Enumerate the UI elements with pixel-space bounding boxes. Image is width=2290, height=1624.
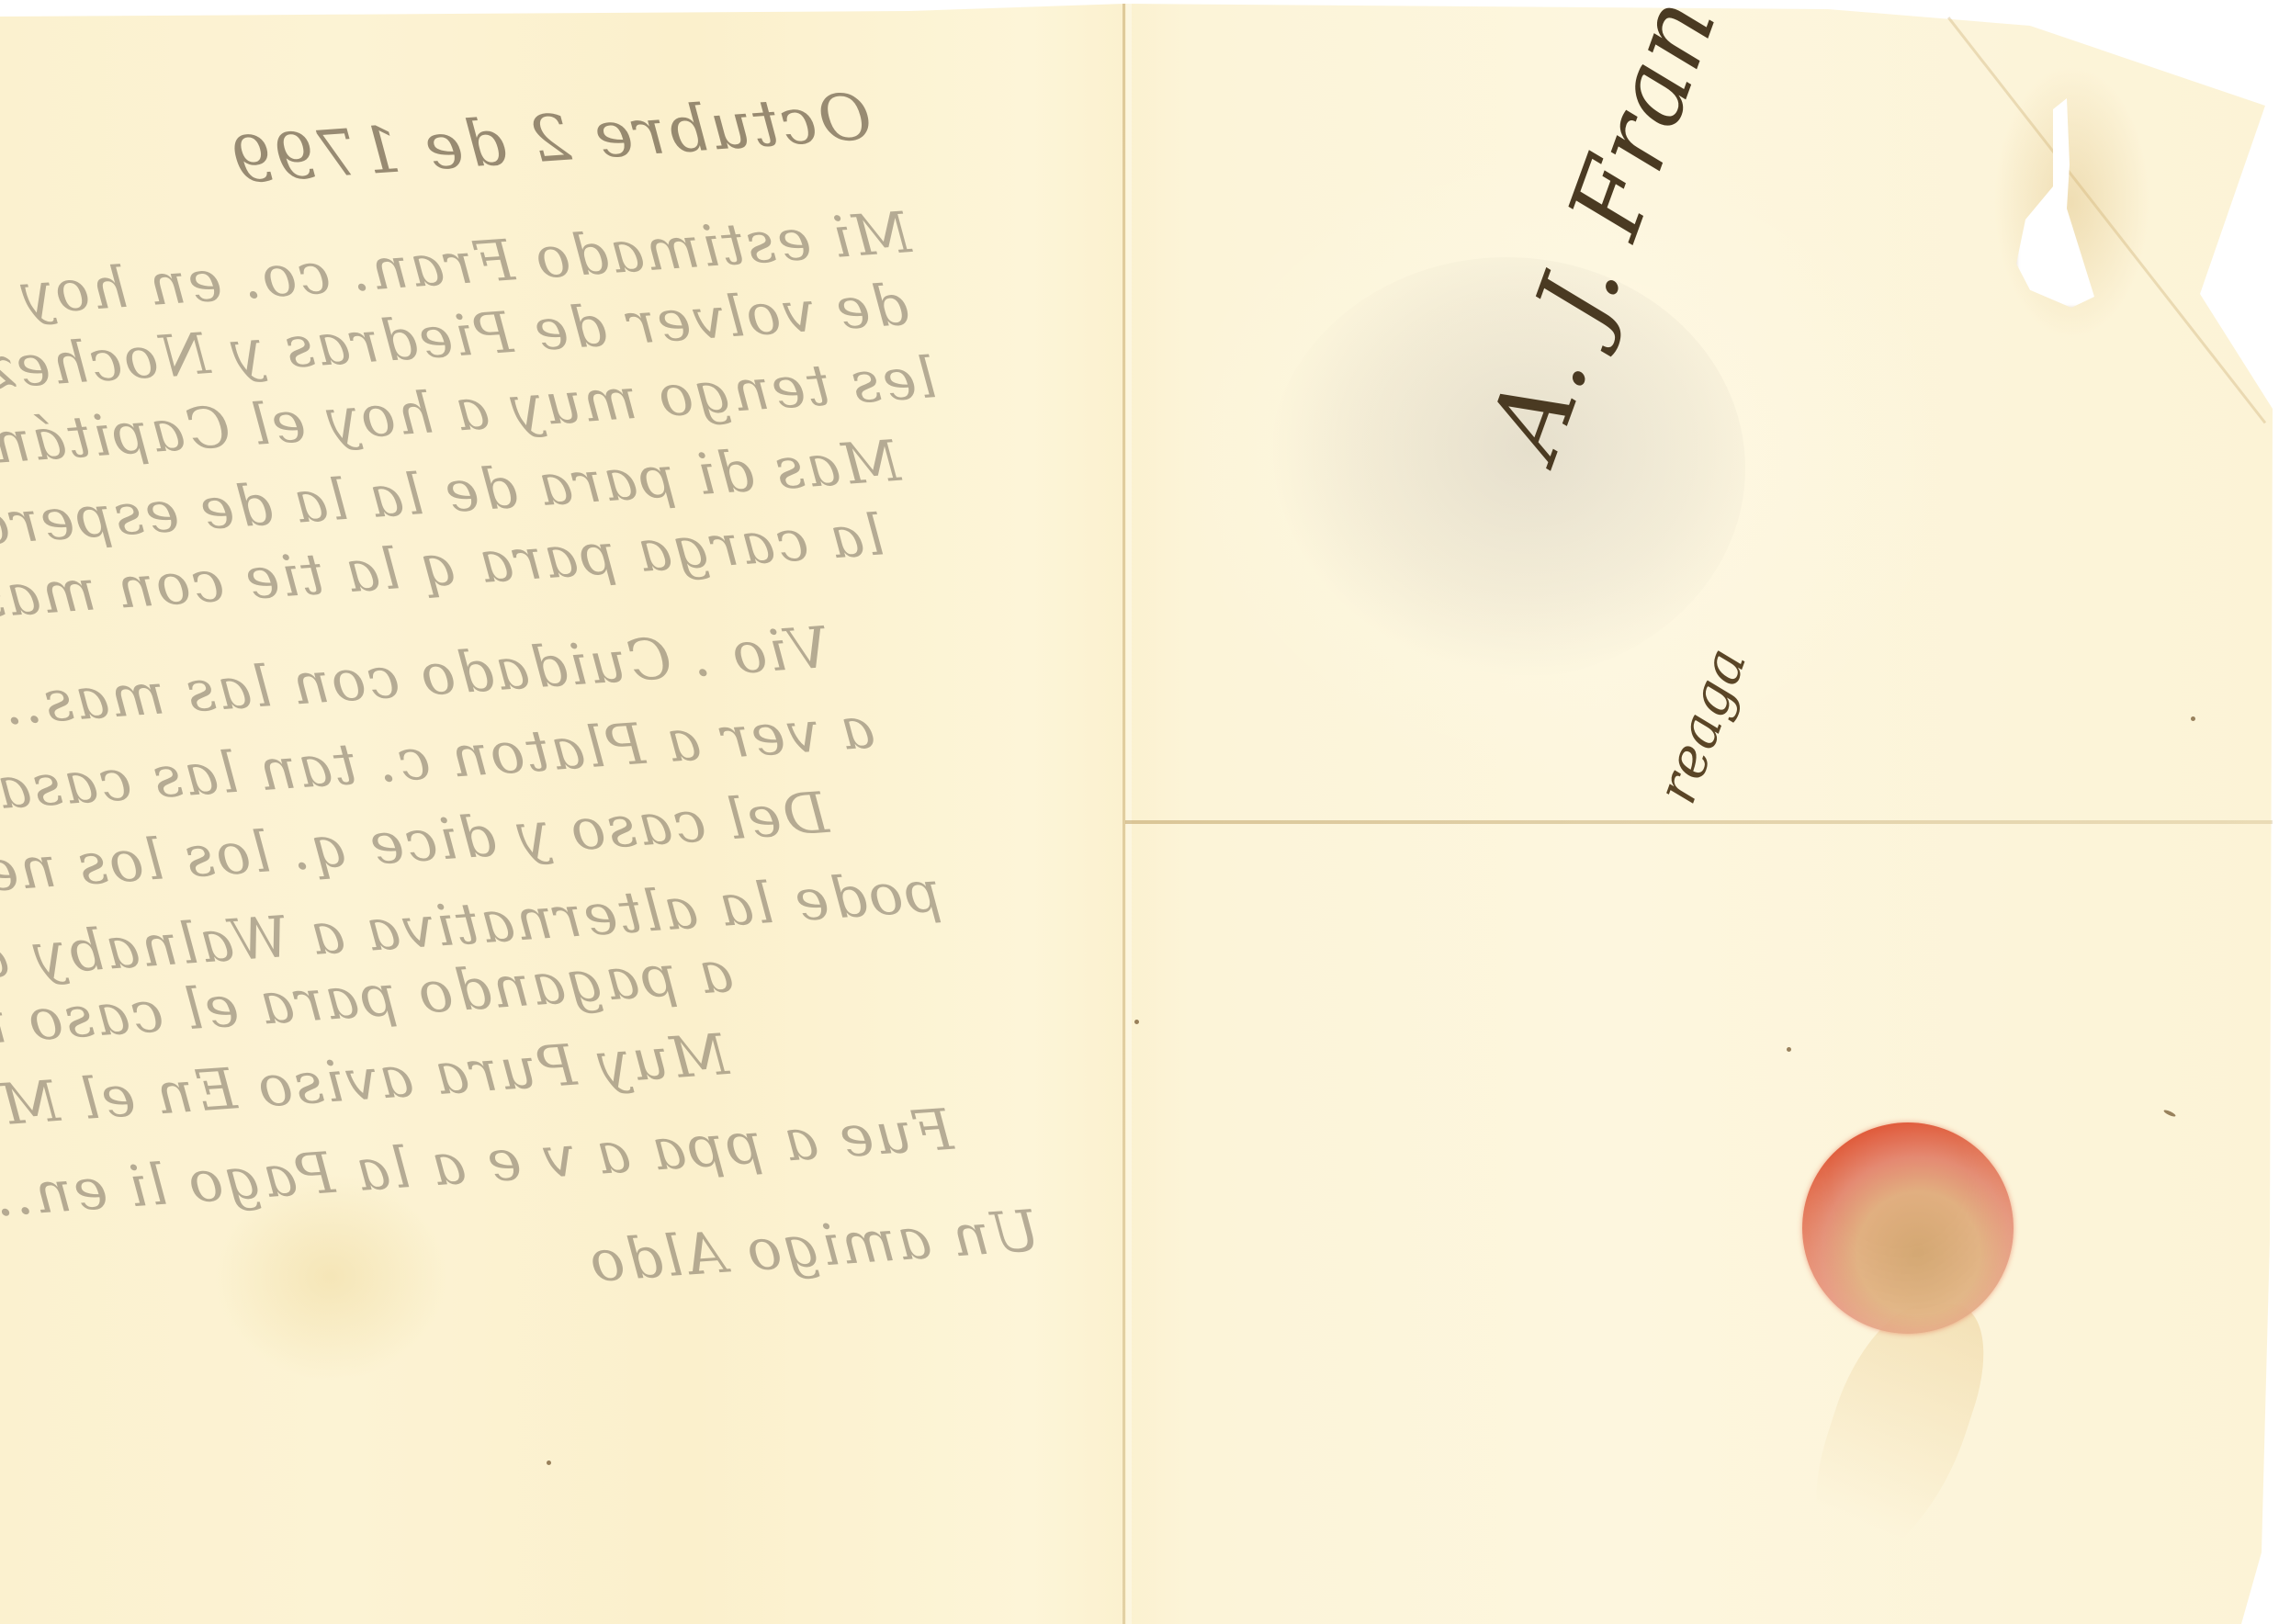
vertical-fold-highlight: [1126, 4, 1132, 1624]
horizontal-fold-line: [1125, 820, 2273, 824]
wax-seal: [1802, 1122, 2014, 1334]
letter-scan: Octubre 2 de 1799 Mi estimado Fran. co. …: [0, 0, 2290, 1624]
vertical-fold-line: [1122, 4, 1125, 1624]
text-line: Un amigo Aldo: [586, 1197, 1042, 1295]
left-page: Octubre 2 de 1799 Mi estimado Fran. co. …: [0, 0, 1122, 1624]
date-line: Octubre 2 de 1799: [228, 79, 874, 199]
